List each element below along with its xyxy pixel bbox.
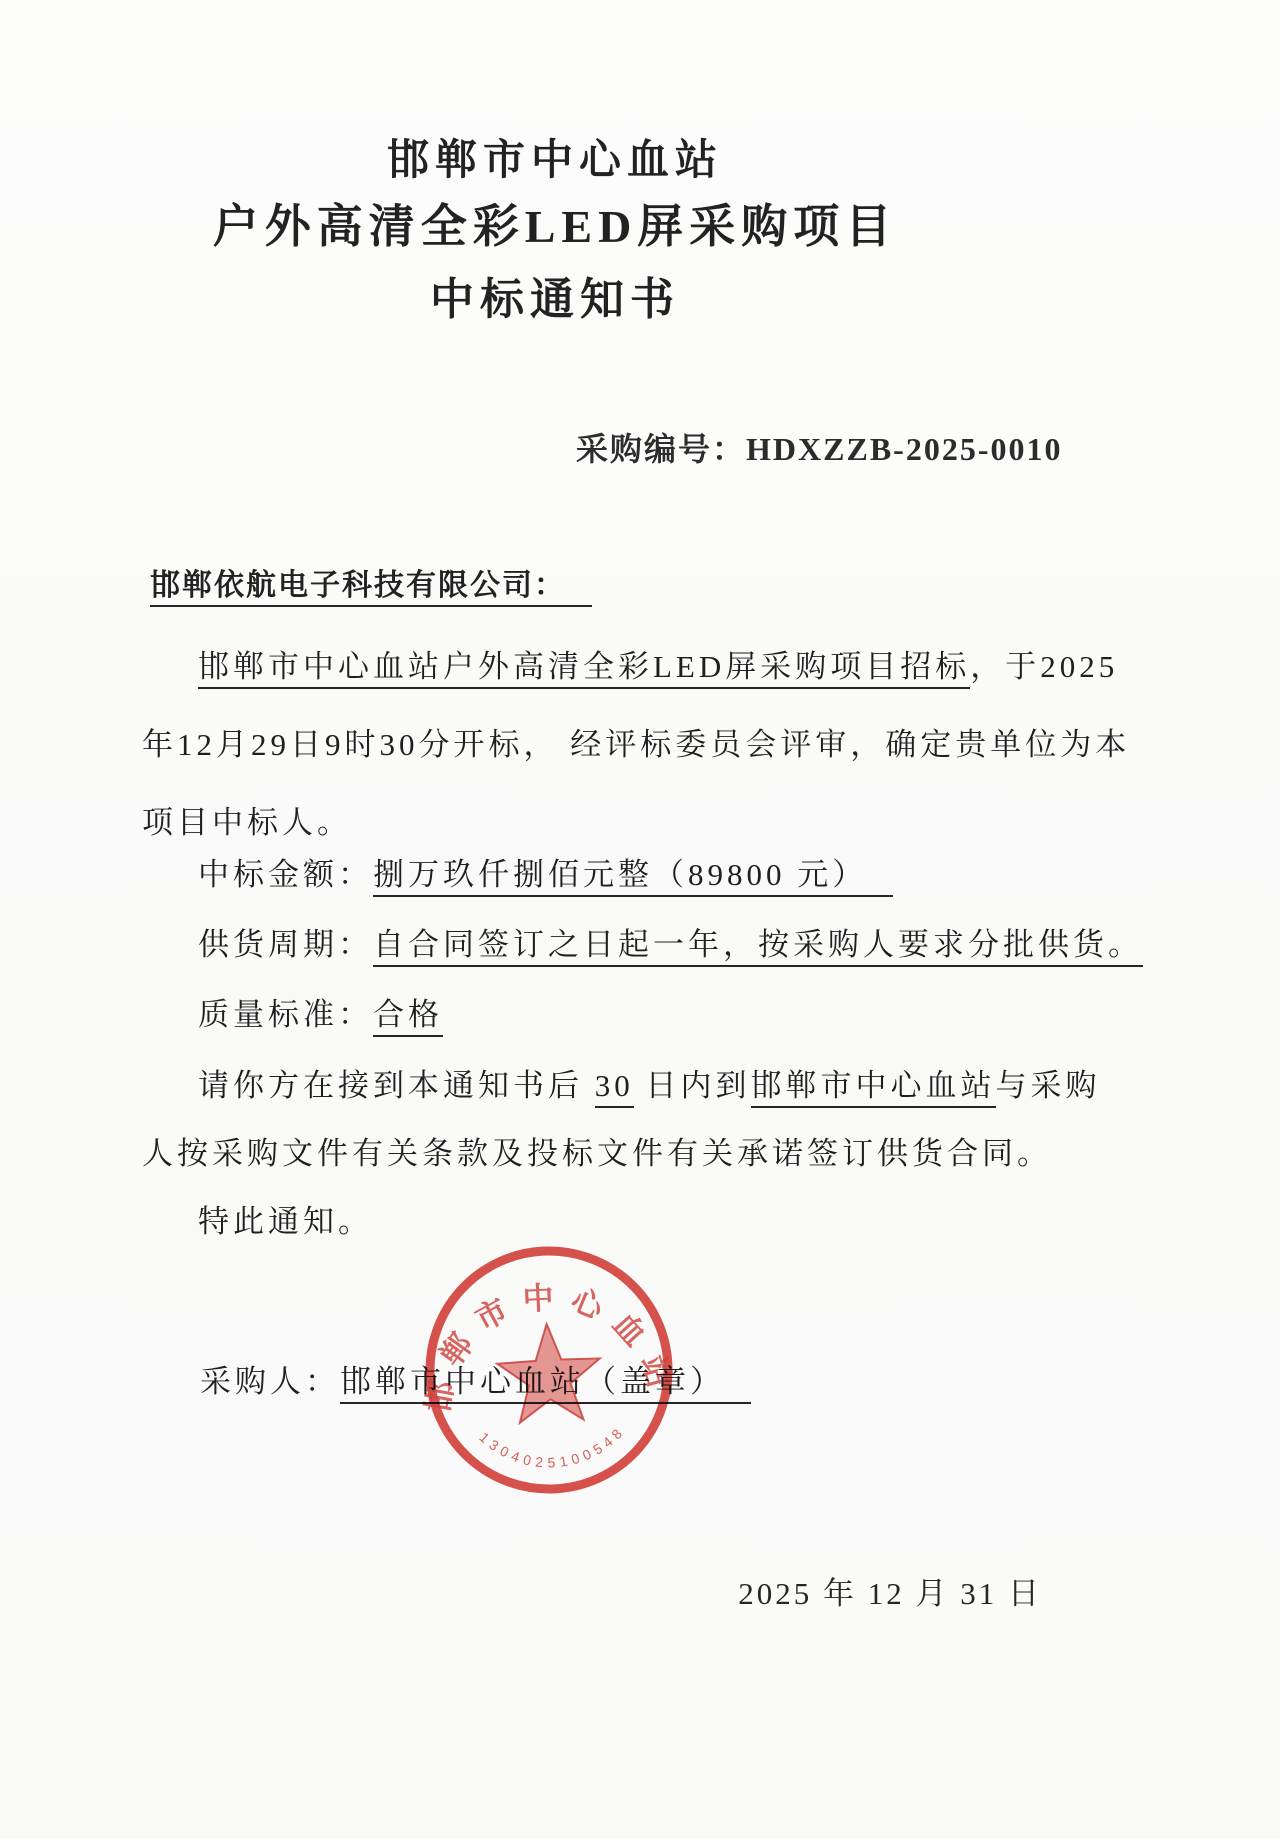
notice-days-underlined: 30 <box>595 1068 634 1108</box>
title-line-2: 户外高清全彩LED屏采购项目 <box>0 204 1110 250</box>
quality-standard-value: 合格 <box>373 997 443 1037</box>
seal-serial-number: 1304025100548 <box>476 1421 631 1474</box>
paragraph-award-line-2: 年12月29日9时30分开标， 经评标委员会评审，确定贵单位为本 <box>142 706 1202 784</box>
award-amount-value: 捌万玖仟捌佰元整（89800 元） <box>373 857 893 897</box>
paragraph-award-line-1: 邯郸市中心血站户外高清全彩LED屏采购项目招标，于2025 <box>142 628 1202 706</box>
quality-standard-line: 质量标准：合格 <box>142 980 1202 1050</box>
official-red-seal: 邯郸市中心血站 1304025100548 <box>413 1231 684 1508</box>
paragraph-award-line-1-tail: ，于2025 <box>970 649 1118 684</box>
supply-period-label: 供货周期： <box>198 927 373 962</box>
project-name-underlined: 邯郸市中心血站户外高清全彩LED屏采购项目招标 <box>198 649 970 689</box>
award-amount-line: 中标金额：捌万玖仟捌佰元整（89800 元） <box>142 840 1202 910</box>
quality-standard-label: 质量标准： <box>198 997 373 1032</box>
svg-text:1304025100548: 1304025100548 <box>476 1421 631 1474</box>
paragraph-award: 邯郸市中心血站户外高清全彩LED屏采购项目招标，于2025 年12月29日9时3… <box>142 628 1202 862</box>
procurement-number-value: HDXZZB-2025-0010 <box>746 431 1062 467</box>
procurement-number-label: 采购编号： <box>576 431 746 467</box>
seal-star-icon <box>495 1321 603 1424</box>
document-date: 2025 年 12 月 31 日 <box>738 1568 1042 1613</box>
title-line-3: 中标通知书 <box>0 278 1110 322</box>
title-line-1: 邯郸市中心血站 <box>0 140 1110 182</box>
notice-seg-3: 与采购 <box>996 1068 1101 1103</box>
purchaser-label: 采购人： <box>200 1364 340 1399</box>
notice-seg-1: 请你方在接到本通知书后 <box>198 1068 595 1103</box>
document-title-block: 邯郸市中心血站 户外高清全彩LED屏采购项目 中标通知书 <box>0 140 1110 342</box>
scanned-document-page: 邯郸市中心血站 户外高清全彩LED屏采购项目 中标通知书 采购编号：HDXZZB… <box>0 0 1280 1839</box>
addressee-line: 邯郸依航电子科技有限公司： <box>150 560 592 604</box>
paragraph-terms: 中标金额：捌万玖仟捌佰元整（89800 元） 供货周期：自合同签订之日起一年，按… <box>142 840 1202 1050</box>
award-amount-label: 中标金额： <box>198 857 373 892</box>
notice-line-2: 人按采购文件有关条款及投标文件有关承诺签订供货合同。 <box>142 1120 1202 1188</box>
supply-period-line: 供货周期：自合同签订之日起一年，按采购人要求分批供货。 <box>142 910 1202 980</box>
paragraph-notice: 请你方在接到本通知书后 30 日内到邯郸市中心血站与采购 人按采购文件有关条款及… <box>142 1052 1202 1256</box>
notice-org-underlined: 邯郸市中心血站 <box>751 1068 996 1108</box>
closing-line: 特此通知。 <box>142 1188 1202 1256</box>
notice-line-1: 请你方在接到本通知书后 30 日内到邯郸市中心血站与采购 <box>142 1052 1202 1120</box>
notice-seg-2: 日内到 <box>634 1068 751 1103</box>
addressee-company-name: 邯郸依航电子科技有限公司： <box>150 569 592 607</box>
procurement-number-line: 采购编号：HDXZZB-2025-0010 <box>576 424 1062 470</box>
supply-period-value: 自合同签订之日起一年，按采购人要求分批供货。 <box>373 927 1143 967</box>
